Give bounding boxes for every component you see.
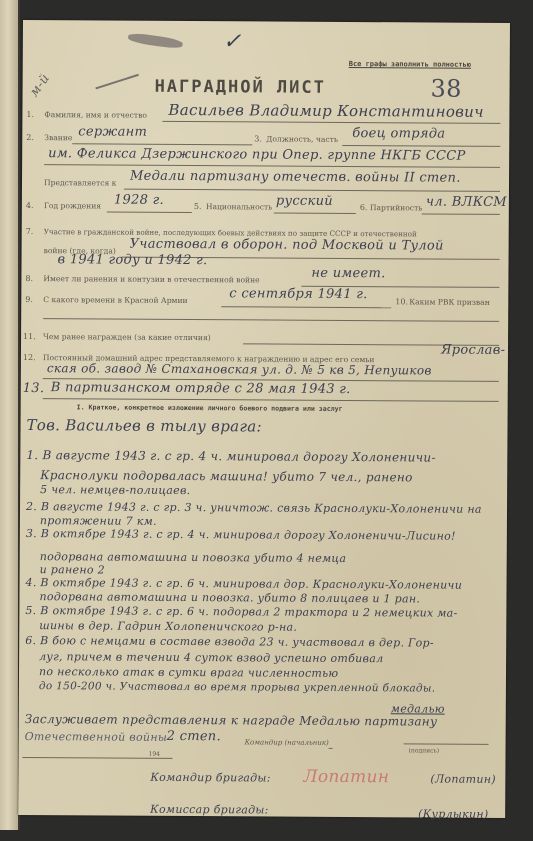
field-2-value[interactable]: сержант — [78, 124, 147, 139]
feat-line-9[interactable]: подорвана автомашина и повозка. убито 8 … — [39, 590, 420, 605]
field-3-num: 3. — [254, 134, 262, 143]
field-9-num: 9. — [25, 295, 33, 304]
field-11-num: 11. — [23, 332, 36, 341]
field-4-value[interactable]: 1928 г. — [114, 193, 164, 208]
field-6-num: 6. — [360, 203, 368, 212]
award-sheet: ✓ м-й Все графы заполнить полностью НАГР… — [18, 20, 510, 818]
commander-line — [329, 748, 333, 749]
feat-line-14[interactable]: по несколько атак в сутки врага численно… — [39, 665, 338, 680]
feat-line-1[interactable]: Краснолуки подорвалась машина! убито 7 ч… — [40, 468, 413, 484]
feat-line-8[interactable]: 4. В октябре 1943 г. с гр. 6 ч. минирова… — [26, 576, 463, 592]
field-12-value-cont[interactable]: ская об. завод № Стахановская ул. д. № 5… — [47, 361, 432, 377]
field-12-value[interactable]: Ярослав- — [441, 343, 505, 358]
field-1-label: Фамилия, имя и отчество — [44, 110, 147, 120]
field-13-num: 13. — [23, 381, 45, 396]
field-4-line — [107, 212, 192, 214]
field-7-value-cont[interactable]: в 1941 году и 1942 г. — [57, 252, 207, 268]
feat-line-10[interactable]: 5. В октябре 1943 г. с гр. 6 ч. подорвал… — [25, 604, 457, 620]
feat-intro[interactable]: Тов. Васильев в тылу врага: — [26, 416, 261, 435]
header-note: Все графы заполнить полностью — [349, 60, 471, 69]
binding-strip — [0, 0, 20, 830]
field-7-num: 7. — [26, 227, 34, 236]
feat-line-4[interactable]: протяжении 7 км. — [40, 514, 157, 528]
nomination-line — [124, 189, 500, 192]
field-6-label: Партийность — [370, 203, 423, 212]
field-3-line — [342, 145, 500, 147]
field-8-label: Имеет ли ранения и контузии в отечествен… — [43, 274, 259, 284]
feat-line-7[interactable]: и ранено 2 — [40, 563, 105, 576]
feat-line-3[interactable]: 2. В августе 1943 г. с гр. 3 ч. уничтож.… — [26, 500, 482, 516]
field-4-num: 4. — [26, 201, 34, 210]
field-3-line-2 — [44, 164, 500, 168]
field-1-num: 1. — [26, 110, 34, 119]
field-10-label: Каким РВК призван — [409, 297, 490, 306]
feat-line-11[interactable]: шины в дер. Гадрин Холопеничского р-на. — [39, 619, 297, 634]
stroke-mark — [95, 74, 138, 90]
brigade-commander-signature: Лопатин — [303, 767, 389, 788]
field-5-value[interactable]: русский — [276, 194, 333, 209]
brigade-commander-label: Командир бригады: — [150, 771, 270, 785]
field-3-value-cont[interactable]: им. Феликса Дзержинского при Опер. групп… — [48, 146, 465, 164]
field-10-line — [43, 318, 499, 322]
signature-line — [404, 743, 489, 745]
feat-line-2[interactable]: 5 чел. немцев-полицаев. — [40, 483, 190, 497]
field-1-value[interactable]: Васильев Владимир Константинович — [168, 101, 483, 121]
field-1-line — [162, 121, 500, 124]
feat-conclusion[interactable]: Заслуживает представления к награде Меда… — [25, 712, 438, 729]
feat-line-15[interactable]: до 150-200 ч. Участвовал во время прорыв… — [39, 680, 436, 694]
field-6-line — [422, 213, 500, 214]
field-12-num: 12. — [23, 353, 36, 362]
field-3-label: Должность, часть — [266, 134, 338, 143]
feat-degree[interactable]: 2 степ. — [167, 729, 221, 744]
feat-line-13[interactable]: луг, причем в течении 4 суток взвод успе… — [39, 650, 383, 665]
ink-blot — [127, 32, 183, 50]
field-9-line — [221, 306, 391, 308]
field-3-value[interactable]: боец отряда — [352, 126, 445, 142]
field-13-value[interactable]: В партизанском отряде с 28 мая 1943 г. — [51, 380, 351, 397]
field-4-label: Год рождения — [44, 201, 101, 210]
field-6-value[interactable]: чл. ВЛКСМ — [426, 194, 507, 209]
signature-label: (подпись) — [409, 747, 440, 754]
field-5-line — [274, 213, 356, 215]
feat-line-12[interactable]: 6. В бою с немцами в составе взвода 23 ч… — [25, 634, 434, 649]
field-13-line — [43, 398, 499, 402]
field-2-num: 2. — [26, 133, 34, 142]
margin-mark: м-й — [27, 71, 53, 100]
date-suffix: 194 — [148, 751, 159, 758]
field-11-label: Чем ранее награжден (за какие отличия) — [43, 332, 211, 342]
feat-conclusion-cont[interactable]: Отечественной войны — [25, 730, 168, 744]
field-2-line — [72, 143, 252, 145]
brigade-commissar-label: Комиссар бригады: — [150, 803, 269, 817]
sheet-number: 38 — [431, 74, 462, 102]
field-10-num: 10. — [395, 297, 408, 306]
brigade-commissar-name: (Курлыкин) — [418, 807, 488, 820]
field-5-label: Национальность — [206, 202, 272, 211]
page-title: НАГРАДНОЙ ЛИСТ — [155, 77, 326, 98]
commander-label: Командир (начальник) — [245, 738, 329, 747]
field-8-value[interactable]: не имеет. — [311, 266, 385, 281]
field-5-num: 5. — [194, 202, 202, 211]
feat-line-0[interactable]: 1. В августе 1943 г. с гр. 4 ч. минирова… — [26, 448, 436, 465]
field-8-num: 8. — [25, 274, 33, 283]
field-7-value[interactable]: Участвовал в оборон. под Москвой и Тулой — [130, 237, 444, 254]
feat-heading: I. Краткое, конкретное изложение личного… — [77, 403, 343, 413]
feat-line-5[interactable]: 3. В октябре 1943 г. с гр. 4 ч. минирова… — [26, 527, 456, 543]
field-9-value[interactable]: с сентября 1941 г. — [229, 286, 367, 302]
brigade-commander-name: (Лопатин) — [430, 773, 496, 786]
nomination-value[interactable]: Медали партизану отечеств. войны II степ… — [130, 169, 461, 186]
field-9-label: С какого времени в Красной Армии — [43, 295, 187, 305]
check-mark: ✓ — [223, 29, 242, 54]
nomination-label: Представляется к — [44, 178, 116, 187]
field-2-label: Звание — [44, 133, 72, 142]
